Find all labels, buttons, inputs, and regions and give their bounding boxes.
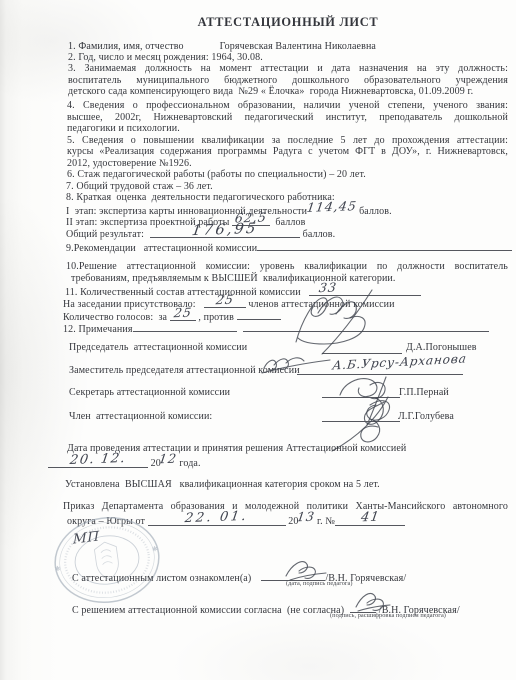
order-number-label: г. №: [314, 516, 335, 527]
stage1-blank: 114,45: [307, 204, 359, 213]
decision-date-blank: 20. 12.: [48, 457, 148, 468]
acknowledgement-signature: [278, 556, 334, 584]
recommendations-label: 9.Рекомендации аттестационной комиссии: [66, 243, 257, 254]
handwritten-decision-year: 12: [158, 453, 178, 466]
field-education-line3: педагогики и психологии.: [67, 123, 180, 135]
chair-signature: [288, 286, 388, 358]
votes-against-blank: [237, 309, 281, 320]
deputy-signature: [260, 352, 338, 378]
fio-gap: [184, 40, 220, 49]
total-blank: 176,95: [150, 227, 300, 238]
handwritten-stamp-mark: МП: [73, 528, 100, 547]
field-fio-label: 1. Фамилия, имя, отчество: [68, 41, 184, 52]
present-blank: 25: [204, 297, 246, 308]
total-suffix: баллов.: [303, 229, 336, 240]
handwritten-order-number: 41: [360, 512, 380, 525]
order-date-blank: 22. 01.: [148, 515, 286, 526]
order-number-blank: 41: [335, 515, 405, 526]
field-education-line1: 4. Сведения о профессиональном образован…: [67, 100, 508, 112]
category-statement: Установлена ВЫСШАЯ квалификационная кате…: [65, 479, 380, 491]
field-position-line1: 3. Занимаемая должность на момент аттест…: [68, 63, 508, 75]
attestation-sheet-page: АТТЕСТАЦИОННЫЙ ЛИСТ 1. Фамилия, имя, отч…: [0, 0, 516, 680]
handwritten-decision-date: 20. 12.: [69, 453, 127, 467]
official-stamp: ✱ ✱: [50, 510, 164, 610]
field-fio-value: Горячевская Валентина Николаевна: [220, 41, 376, 52]
recommendations-blank: [257, 240, 512, 251]
decision-date-suffix: года.: [177, 458, 201, 469]
field-notes: 12. Примечания: [63, 321, 489, 336]
page-title: АТТЕСТАЦИОННЫЙ ЛИСТ: [68, 16, 508, 28]
stage1-suffix: баллов.: [359, 206, 392, 217]
field-decision-line2: требованиям, предъявляемым к ВЫСШЕЙ квал…: [71, 273, 396, 285]
acknowledgement-label: С аттестационным листом ознакомлен(а): [72, 573, 251, 584]
agreement-label: С решением аттестационной комиссии согла…: [72, 605, 344, 616]
secretary-label: Секретарь аттестационной комиссии: [69, 387, 230, 399]
handwritten-total-score: 176,95: [191, 223, 259, 237]
field-pedagogical-experience: 6. Стаж педагогической работы (работы по…: [67, 169, 366, 181]
svg-text:✱: ✱: [151, 545, 158, 554]
svg-text:✱: ✱: [54, 565, 61, 574]
agreement-signature: [350, 589, 396, 615]
member-label: Член аттестационной комиссии:: [69, 411, 212, 423]
field-total-score: Общий результат:176,95 баллов.: [66, 227, 335, 241]
field-recommendations: 9.Рекомендации аттестационной комиссии: [66, 240, 512, 255]
field-evaluation-header: 8. Краткая оценка деятельности педагогич…: [66, 192, 335, 204]
handwritten-stage1-score: 114,45: [306, 200, 358, 214]
notes-label: 12. Примечания: [63, 324, 133, 335]
total-label: Общий результат:: [66, 229, 144, 240]
handwritten-order-date: 22. 01.: [184, 511, 249, 525]
notes-blank-1: [133, 321, 237, 332]
chair-label: Председатель аттестационной комиссии: [69, 342, 247, 354]
field-training-line2: курсы «Реализация содержания программы Р…: [67, 146, 508, 158]
acknowledgement-row: С аттестационным листом ознакомлен(а)/В.…: [72, 570, 406, 585]
field-decision-line1: 10.Решение аттестационной комиссии: уров…: [66, 261, 508, 273]
handwritten-present-count: 25: [215, 294, 235, 307]
handwritten-votes-for: 25: [173, 307, 193, 320]
decision-date-row: 20. 12. 2012 года.: [48, 456, 201, 470]
handwritten-order-year: 13: [296, 511, 316, 524]
votes-for-blank: 25: [170, 310, 196, 321]
field-position-line3: детского сада компенсирующего вида №29 «…: [68, 86, 473, 98]
